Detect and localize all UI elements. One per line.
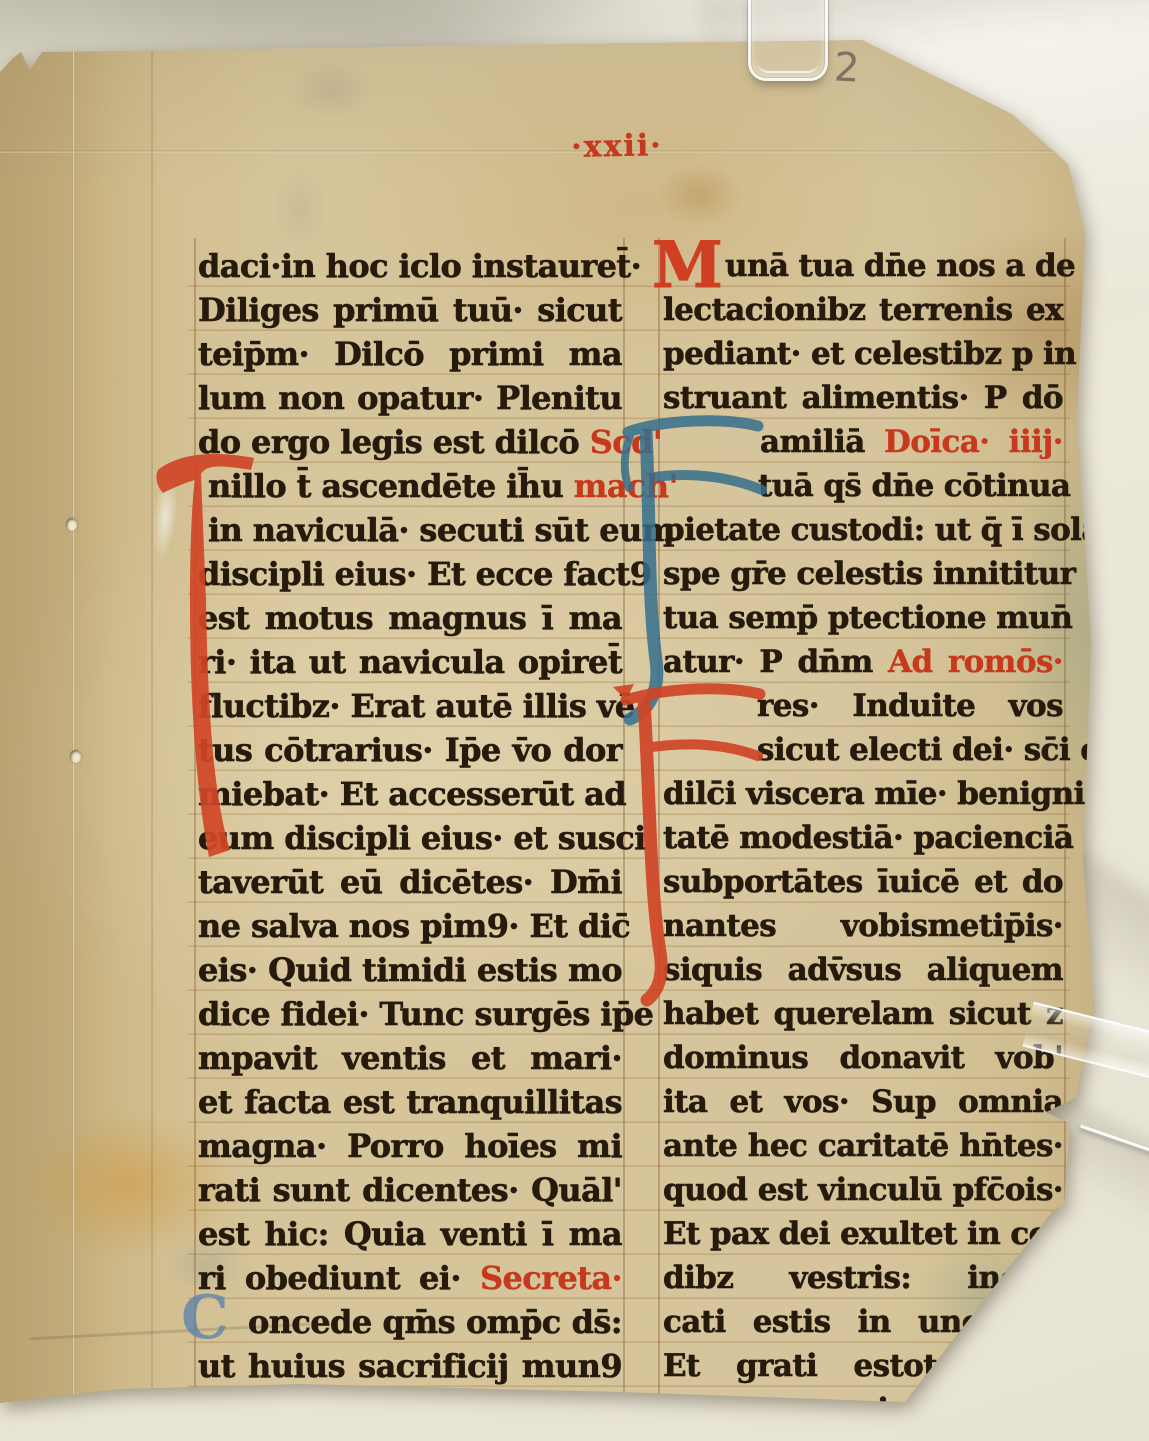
text-line: tua semp̄ ptectione mun̄ <box>663 596 1063 640</box>
body-text: Diliges primū tuū· sicut <box>198 291 622 329</box>
binding-fold-crease <box>72 50 75 1402</box>
body-text: est hic: Quia venti ī ma <box>198 1215 622 1253</box>
body-text: tua semp̄ ptectione mun̄ <box>663 600 1072 636</box>
text-line: habitet in vob <box>663 1388 1063 1432</box>
text-line: ri· ita ut navicula opiret̄ <box>198 640 622 684</box>
text-line: oblatū fragilitatē nr̄am <box>198 1388 622 1432</box>
text-line: nillo t̄ ascendēte ih̄u mach' <box>208 464 622 508</box>
horizontal-crease <box>0 150 1060 153</box>
text-line: dice fidei· Tunc surgēs ip̄e <box>198 992 622 1036</box>
text-line: mpavit ventis et mari· <box>198 1036 622 1080</box>
parchment-leaf: ·xxii· 2 daci·in hoc iclo instauret̄·Dil… <box>0 0 1149 1441</box>
rubric-text: mach' <box>574 467 678 505</box>
text-line: pietate custodi: ut q̄ ī sola <box>663 508 1063 552</box>
body-text: cati estis in uno cor <box>663 1304 1063 1340</box>
text-line: eis· Quid timidi estis mo <box>198 948 622 992</box>
body-text: dilc̄i viscera mīe· benigni <box>663 776 1085 812</box>
body-text: amiliā <box>760 424 884 460</box>
text-line: dibz vestris: inqua <box>663 1256 1063 1300</box>
body-text: spe gr̄e celestis innititur <box>663 556 1075 592</box>
text-line: tatē modestiā· pacienciā <box>663 816 1063 860</box>
body-text: oblatū fragilitatē nr̄am <box>198 1391 622 1429</box>
text-line: pediant· et celestibz p in <box>663 332 1063 376</box>
body-text: discipli eius· Et ecce fact9 <box>198 555 651 593</box>
body-text: miebat· Et accesserūt ad <box>198 775 626 813</box>
body-text: sicut electi dei· sc̄i et <box>757 732 1113 768</box>
text-line: subportātes īuicē et do <box>663 860 1063 904</box>
decorated-initial-m: M <box>652 234 723 298</box>
text-line: teip̄m· Dilcō primi ma <box>198 332 622 376</box>
body-text: magna· Porro hoīes mi <box>198 1127 622 1165</box>
text-line: quod est vinculū pfc̄ois· <box>663 1168 1063 1212</box>
body-text: oncede qm̄s omp̄c ds̄: <box>248 1303 622 1341</box>
text-line: Et pax dei exultet in cor <box>663 1212 1063 1256</box>
text-line: est motus magnus ī ma <box>198 596 622 640</box>
body-text: struant alimentis· P dō <box>663 380 1063 416</box>
body-text: ante hec caritatē hn̄tes· <box>663 1128 1063 1164</box>
body-text: rati sunt dicentes· Quāl' <box>198 1171 622 1209</box>
text-line: miebat· Et accesserūt ad <box>198 772 622 816</box>
body-text: fluctibz· Erat autē illis vē <box>198 687 635 725</box>
body-text: ne salva nos pim9· Et dic̄ <box>198 907 630 945</box>
body-text: quod est vinculū pfc̄ois· <box>663 1172 1063 1208</box>
body-text: habitet in vob <box>663 1392 1063 1428</box>
text-line: nantes vobismetip̄is· <box>663 904 1063 948</box>
body-text: ita et vos· Sup omnia <box>663 1084 1063 1120</box>
parchment-leaf-wrapper: ·xxii· 2 daci·in hoc iclo instauret̄·Dil… <box>0 0 1149 1441</box>
column-rule <box>1064 238 1066 1398</box>
text-line: amiliā Doīca· iiij· <box>760 420 1063 464</box>
body-text: dice fidei· Tunc surgēs ip̄e <box>198 995 653 1033</box>
text-line: et facta est tranquillitas <box>198 1080 622 1124</box>
text-line: cati estis in uno cor <box>663 1300 1063 1344</box>
text-line: Et grati estote· v̄bū <box>663 1344 1063 1388</box>
folio-number-pencil: 2 <box>833 45 861 90</box>
rubric-text: Ad romōs· <box>888 644 1063 680</box>
text-line: Diliges primū tuū· sicut <box>198 288 622 332</box>
text-line: oncede qm̄s omp̄c ds̄: <box>248 1300 622 1344</box>
body-text: ut huius sacrificij mun9 <box>198 1347 622 1385</box>
text-line: fluctibz· Erat autē illis vē <box>198 684 622 728</box>
body-text: tus cōtrarius· Ip̄e v̄o dor <box>198 731 622 769</box>
body-text: ri· ita ut navicula opiret̄ <box>198 643 622 681</box>
body-text: Et pax dei exultet in cor <box>663 1216 1064 1252</box>
residue-patch <box>147 469 183 566</box>
body-text: lectacionibz terrenis ex <box>663 292 1063 328</box>
body-text: lum non opatur· Plenitu <box>198 379 622 417</box>
column-rule <box>658 238 660 1398</box>
text-line: lectacionibz terrenis ex <box>663 288 1063 332</box>
text-line: do ergo legis est dilcō Scd' <box>198 420 622 464</box>
column-rule <box>623 238 625 1398</box>
body-text: pediant· et celestibz p in <box>663 336 1076 372</box>
decorated-initial-c: C <box>181 1288 229 1348</box>
body-text: unā tua dn̄e nos a de <box>725 248 1075 284</box>
text-line: discipli eius· Et ecce fact9 <box>198 552 622 596</box>
text-line: struant alimentis· P dō <box>663 376 1063 420</box>
rubric-text: Secreta· <box>480 1259 622 1297</box>
text-line: rati sunt dicentes· Quāl' <box>198 1168 622 1212</box>
body-text: eum discipli eius· et susci <box>198 819 646 857</box>
plastic-clip-inner-edge <box>757 32 819 73</box>
manuscript-photo: ·xxii· 2 daci·in hoc iclo instauret̄·Dil… <box>0 0 1149 1441</box>
body-text: nantes vobismetip̄is· <box>663 908 1063 944</box>
body-text: res· Induite vos <box>757 688 1063 724</box>
plastic-mount-clip <box>748 0 828 81</box>
body-text: siquis adv̄sus aliquem <box>663 952 1063 988</box>
body-text: teip̄m· Dilcō primi ma <box>198 335 622 373</box>
text-line: unā tua dn̄e nos a de <box>725 244 1063 288</box>
text-line: lum non opatur· Plenitu <box>198 376 622 420</box>
sewing-hole <box>70 750 81 763</box>
body-text: et facta est tranquillitas <box>198 1083 622 1121</box>
text-line: dilc̄i viscera mīe· benigni <box>663 772 1063 816</box>
text-line: res· Induite vos <box>757 684 1063 728</box>
text-line: ante hec caritatē hn̄tes· <box>663 1124 1063 1168</box>
text-line: eum discipli eius· et susci <box>198 816 622 860</box>
body-text: do ergo legis est dilcō <box>198 423 590 461</box>
rubric-text: Scd' <box>590 423 662 461</box>
text-line: taverūt eū dicētes· Dm̄i <box>198 860 622 904</box>
text-line: daci·in hoc iclo instauret̄· <box>198 244 622 288</box>
text-line: tus cōtrarius· Ip̄e v̄o dor <box>198 728 622 772</box>
body-text: subportātes īuicē et do <box>663 864 1063 900</box>
rubric-text: Doīca· iiij· <box>884 424 1063 460</box>
body-text: eis· Quid timidi estis mo <box>198 951 622 989</box>
text-line: sicut electi dei· sc̄i et <box>757 728 1063 772</box>
text-line: ut huius sacrificij mun9 <box>198 1344 622 1388</box>
body-text: Et grati estote· v̄bū <box>663 1348 1063 1384</box>
text-line: in naviculā· secuti sūt eum <box>208 508 622 552</box>
body-text: ri obediunt ei· <box>198 1259 480 1297</box>
text-line: magna· Porro hoīes mi <box>198 1124 622 1168</box>
body-text: nillo t̄ ascendēte ih̄u <box>208 467 574 505</box>
body-text: tatē modestiā· pacienciā <box>663 820 1073 856</box>
body-text: dibz vestris: inqua <box>663 1260 1063 1296</box>
text-line: est hic: Quia venti ī ma <box>198 1212 622 1256</box>
column-rule <box>194 238 196 1398</box>
body-text: est motus magnus ī ma <box>198 599 622 637</box>
body-text: daci·in hoc iclo instauret̄· <box>198 247 641 285</box>
secondary-crease <box>151 48 153 1388</box>
text-line: habet querelam sicut z <box>663 992 1063 1036</box>
body-text: mpavit ventis et mari· <box>198 1039 622 1077</box>
page-heading-roman-numeral: ·xxii· <box>552 129 683 165</box>
body-text: taverūt eū dicētes· Dm̄i <box>198 863 622 901</box>
body-text: atur· P dn̄m <box>663 644 888 680</box>
body-text: tuā qs̄ dn̄e cōtinua <box>758 468 1070 504</box>
text-line: atur· P dn̄m Ad romōs· <box>663 640 1063 684</box>
body-text: in naviculā· secuti sūt eum <box>208 511 675 549</box>
text-line: dominus donavit vob' <box>663 1036 1063 1080</box>
text-line: siquis adv̄sus aliquem <box>663 948 1063 992</box>
body-text: pietate custodi: ut q̄ ī sola <box>663 512 1101 548</box>
text-line: tuā qs̄ dn̄e cōtinua <box>758 464 1063 508</box>
text-line: ri obediunt ei· Secreta· <box>198 1256 622 1300</box>
sewing-hole <box>66 518 77 531</box>
text-line: ne salva nos pim9· Et dic̄ <box>198 904 622 948</box>
body-text: habet querelam sicut z <box>663 996 1063 1032</box>
text-line: spe gr̄e celestis innititur <box>663 552 1063 596</box>
body-text: dominus donavit vob' <box>663 1040 1063 1076</box>
text-line: ita et vos· Sup omnia <box>663 1080 1063 1124</box>
